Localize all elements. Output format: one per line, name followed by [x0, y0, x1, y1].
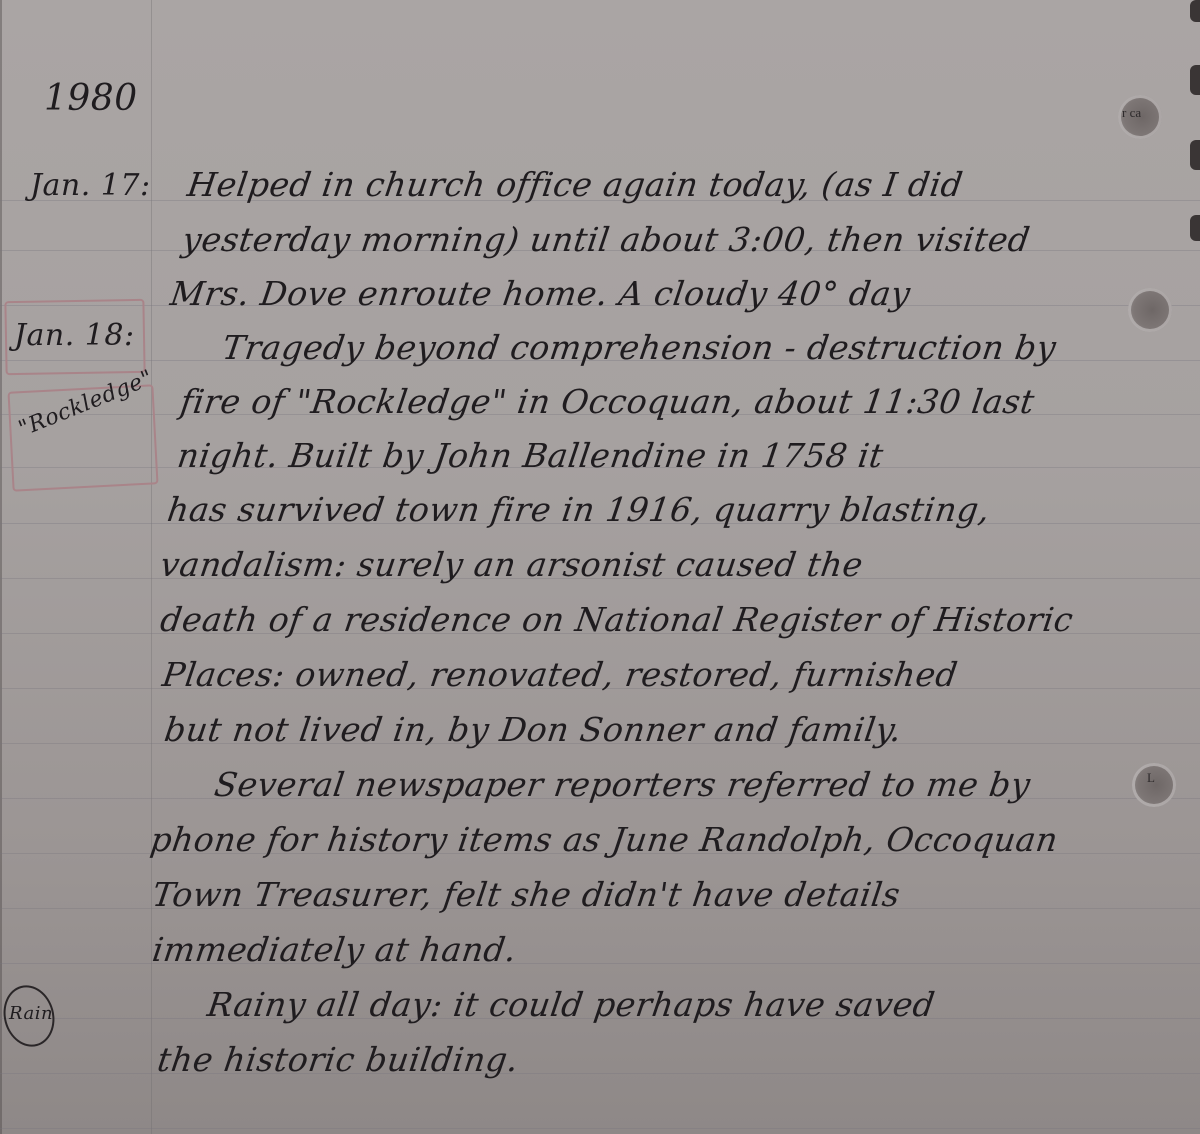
- entry-line: yesterday morning) until about 3:00, the…: [180, 220, 1033, 259]
- diary-page: r ca L 1980 Jan. 17: Jan. 18: "Rockledge…: [0, 0, 1200, 1134]
- entry-line: Tragedy beyond comprehension - destructi…: [220, 328, 1059, 367]
- margin-note-rain: Rain: [9, 1003, 53, 1024]
- binder-hole: [1128, 288, 1172, 332]
- entry-line: the historic building.: [155, 1040, 521, 1079]
- year-heading: 1980: [44, 78, 138, 119]
- entry-line: immediately at hand.: [150, 930, 519, 969]
- entry-line: but not lived in, by Don Sonner and fami…: [162, 710, 904, 749]
- entry-line: fire of "Rockledge" in Occoquan, about 1…: [178, 382, 1037, 421]
- entry-line: Several newspaper reporters referred to …: [212, 765, 1033, 804]
- ruled-line: [0, 1128, 1200, 1129]
- entry-line: Rainy all day: it could perhaps have sav…: [205, 985, 938, 1024]
- entry-line: night. Built by John Ballendine in 1758 …: [175, 436, 886, 475]
- entry-line: Places: owned, renovated, restored, furn…: [160, 655, 960, 694]
- binder-hole-text: L: [1147, 770, 1155, 786]
- date-jan-17: Jan. 17:: [30, 168, 151, 203]
- date-jan-18: Jan. 18:: [14, 318, 135, 353]
- binder-ring: [1190, 140, 1200, 170]
- entry-line: has survived town fire in 1916, quarry b…: [165, 490, 992, 529]
- binder-ring: [1190, 65, 1200, 95]
- entry-line: phone for history items as June Randolph…: [148, 820, 1061, 859]
- entry-line: Helped in church office again today, (as…: [185, 165, 965, 204]
- entry-line: death of a residence on National Registe…: [158, 600, 1076, 639]
- binder-ring: [1190, 0, 1200, 22]
- entry-line: Town Treasurer, felt she didn't have det…: [150, 875, 903, 914]
- entry-line: vandalism: surely an arsonist caused the: [158, 545, 866, 584]
- entry-line: Mrs. Dove enroute home. A cloudy 40° day: [168, 274, 913, 313]
- binder-ring: [1190, 215, 1200, 241]
- binder-hole-text: r ca: [1122, 105, 1141, 121]
